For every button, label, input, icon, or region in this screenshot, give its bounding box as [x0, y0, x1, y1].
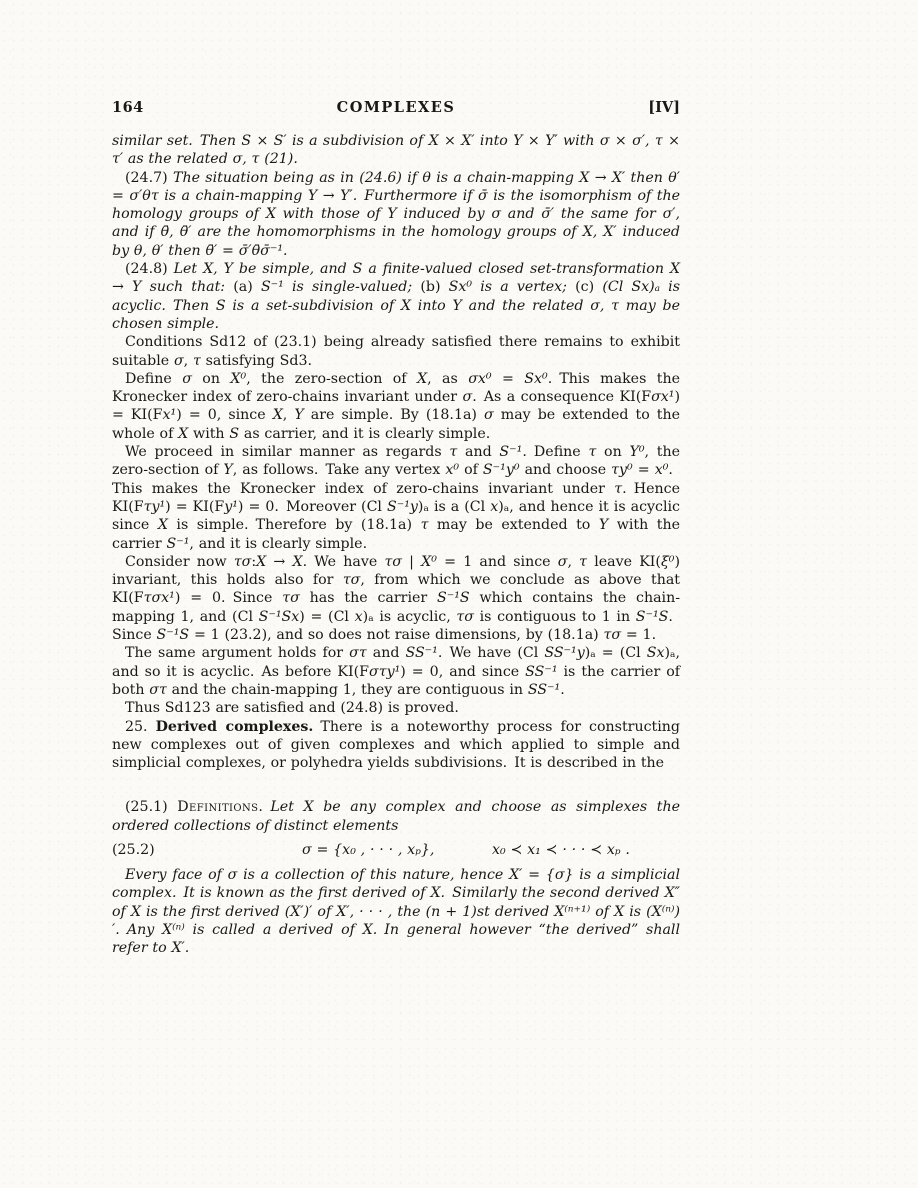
paragraph-same-argument: The same argument holds for στ and SS⁻¹.…: [112, 644, 680, 699]
text-column: similar set. Then S × S′ is a subdivisio…: [112, 132, 680, 957]
paragraph-conditions-sd12: Conditions Sd12 of (23.1) being already …: [112, 333, 680, 370]
equation-order: x₀ ≺ x₁ ≺ · · · ≺ xₚ .: [492, 841, 630, 860]
chapter-mark: [IV]: [648, 100, 680, 115]
paragraph-consider-tau-sigma: Consider now τσ:X → X. We have τσ | X⁰ =…: [112, 553, 680, 644]
equation-tag: (25.2): [112, 841, 155, 860]
running-title: COMPLEXES: [112, 100, 680, 115]
running-header: 164 COMPLEXES [IV]: [112, 100, 680, 116]
paragraph-thus-sd123: Thus Sd123 are satisfied and (24.8) is p…: [112, 699, 680, 717]
book-page: 164 COMPLEXES [IV] similar set. Then S ×…: [0, 0, 918, 1188]
theorem-24-8: (24.8) Let X, Y be simple, and S a finit…: [112, 260, 680, 333]
equation-25-2: (25.2) σ = {x₀ , · · · , xₚ}, x₀ ≺ x₁ ≺ …: [112, 841, 680, 860]
paragraph-proceed-tau: We proceed in similar manner as regards …: [112, 443, 680, 553]
theorem-24-7: (24.7) The situation being as in (24.6) …: [112, 169, 680, 260]
definition-25-1: (25.1) Definitions. Let X be any complex…: [112, 798, 680, 835]
paragraph-continuation: similar set. Then S × S′ is a subdivisio…: [112, 132, 680, 169]
equation-body: σ = {x₀ , · · · , xₚ},: [302, 841, 434, 860]
paragraph-define-sigma: Define σ on X⁰, the zero-section of X, a…: [112, 370, 680, 443]
paragraph-every-face: Every face of σ is a collection of this …: [112, 866, 680, 957]
section-25-derived-complexes: 25. Derived complexes. There is a notewo…: [112, 718, 680, 773]
